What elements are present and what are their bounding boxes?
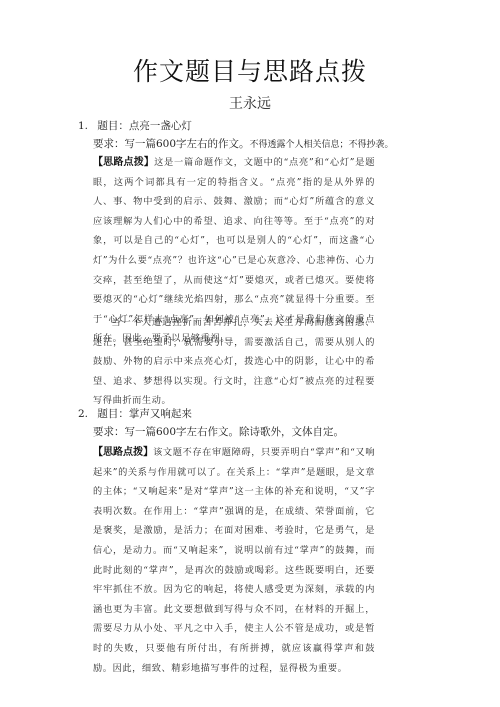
question-1-requirement-main: 要求：写一篇600字左右的作文。 (93, 138, 250, 150)
question-2-topic: 题目：掌声又响起来 (97, 408, 192, 420)
question-1-hint-label: 【思路点拨】 (93, 157, 154, 168)
question-1-heading: 1. 题目：点亮一盏心灯 (78, 118, 192, 133)
question-2-hint-label: 【思路点拨】 (93, 447, 153, 458)
question-1-requirement: 要求：写一篇600字左右的作文。不得透露个人相关信息；不得抄袭。 (93, 136, 394, 151)
question-2-hint-text: 该文题不存在审题障碍，只要弄明白“掌声”和“又响起来”的关系与作用就可以了。在关… (93, 447, 375, 674)
question-2-heading: 2. 题目：掌声又响起来 (78, 406, 192, 421)
document-title: 作文题目与思路点拨 (0, 52, 500, 88)
question-1-topic: 题目：点亮一盏心灯 (97, 120, 192, 132)
question-2-hint: 【思路点拨】该文题不存在审题障碍，只要弄明白“掌声”和“又响起来”的关系与作用就… (93, 443, 375, 678)
question-1-requirement-extra: 不得透露个人相关信息；不得抄袭。 (250, 140, 394, 150)
question-2-requirement: 要求：写一篇600字左右作文。除诗歌外，文体自定。 (93, 424, 344, 439)
document-page: 作文题目与思路点拨 王永远 1. 题目：点亮一盏心灯 要求：写一篇600字左右的… (0, 0, 500, 707)
question-1-number: 1. (78, 120, 88, 132)
question-2-number: 2. (78, 408, 88, 420)
document-author: 王永远 (0, 93, 500, 113)
question-1-extra-paragraph: 当一个人遭遇挫折而苦苦挣扎，失去人生方向而感到困惑、迷茫，甚至绝望时，就需要引导… (93, 313, 375, 411)
